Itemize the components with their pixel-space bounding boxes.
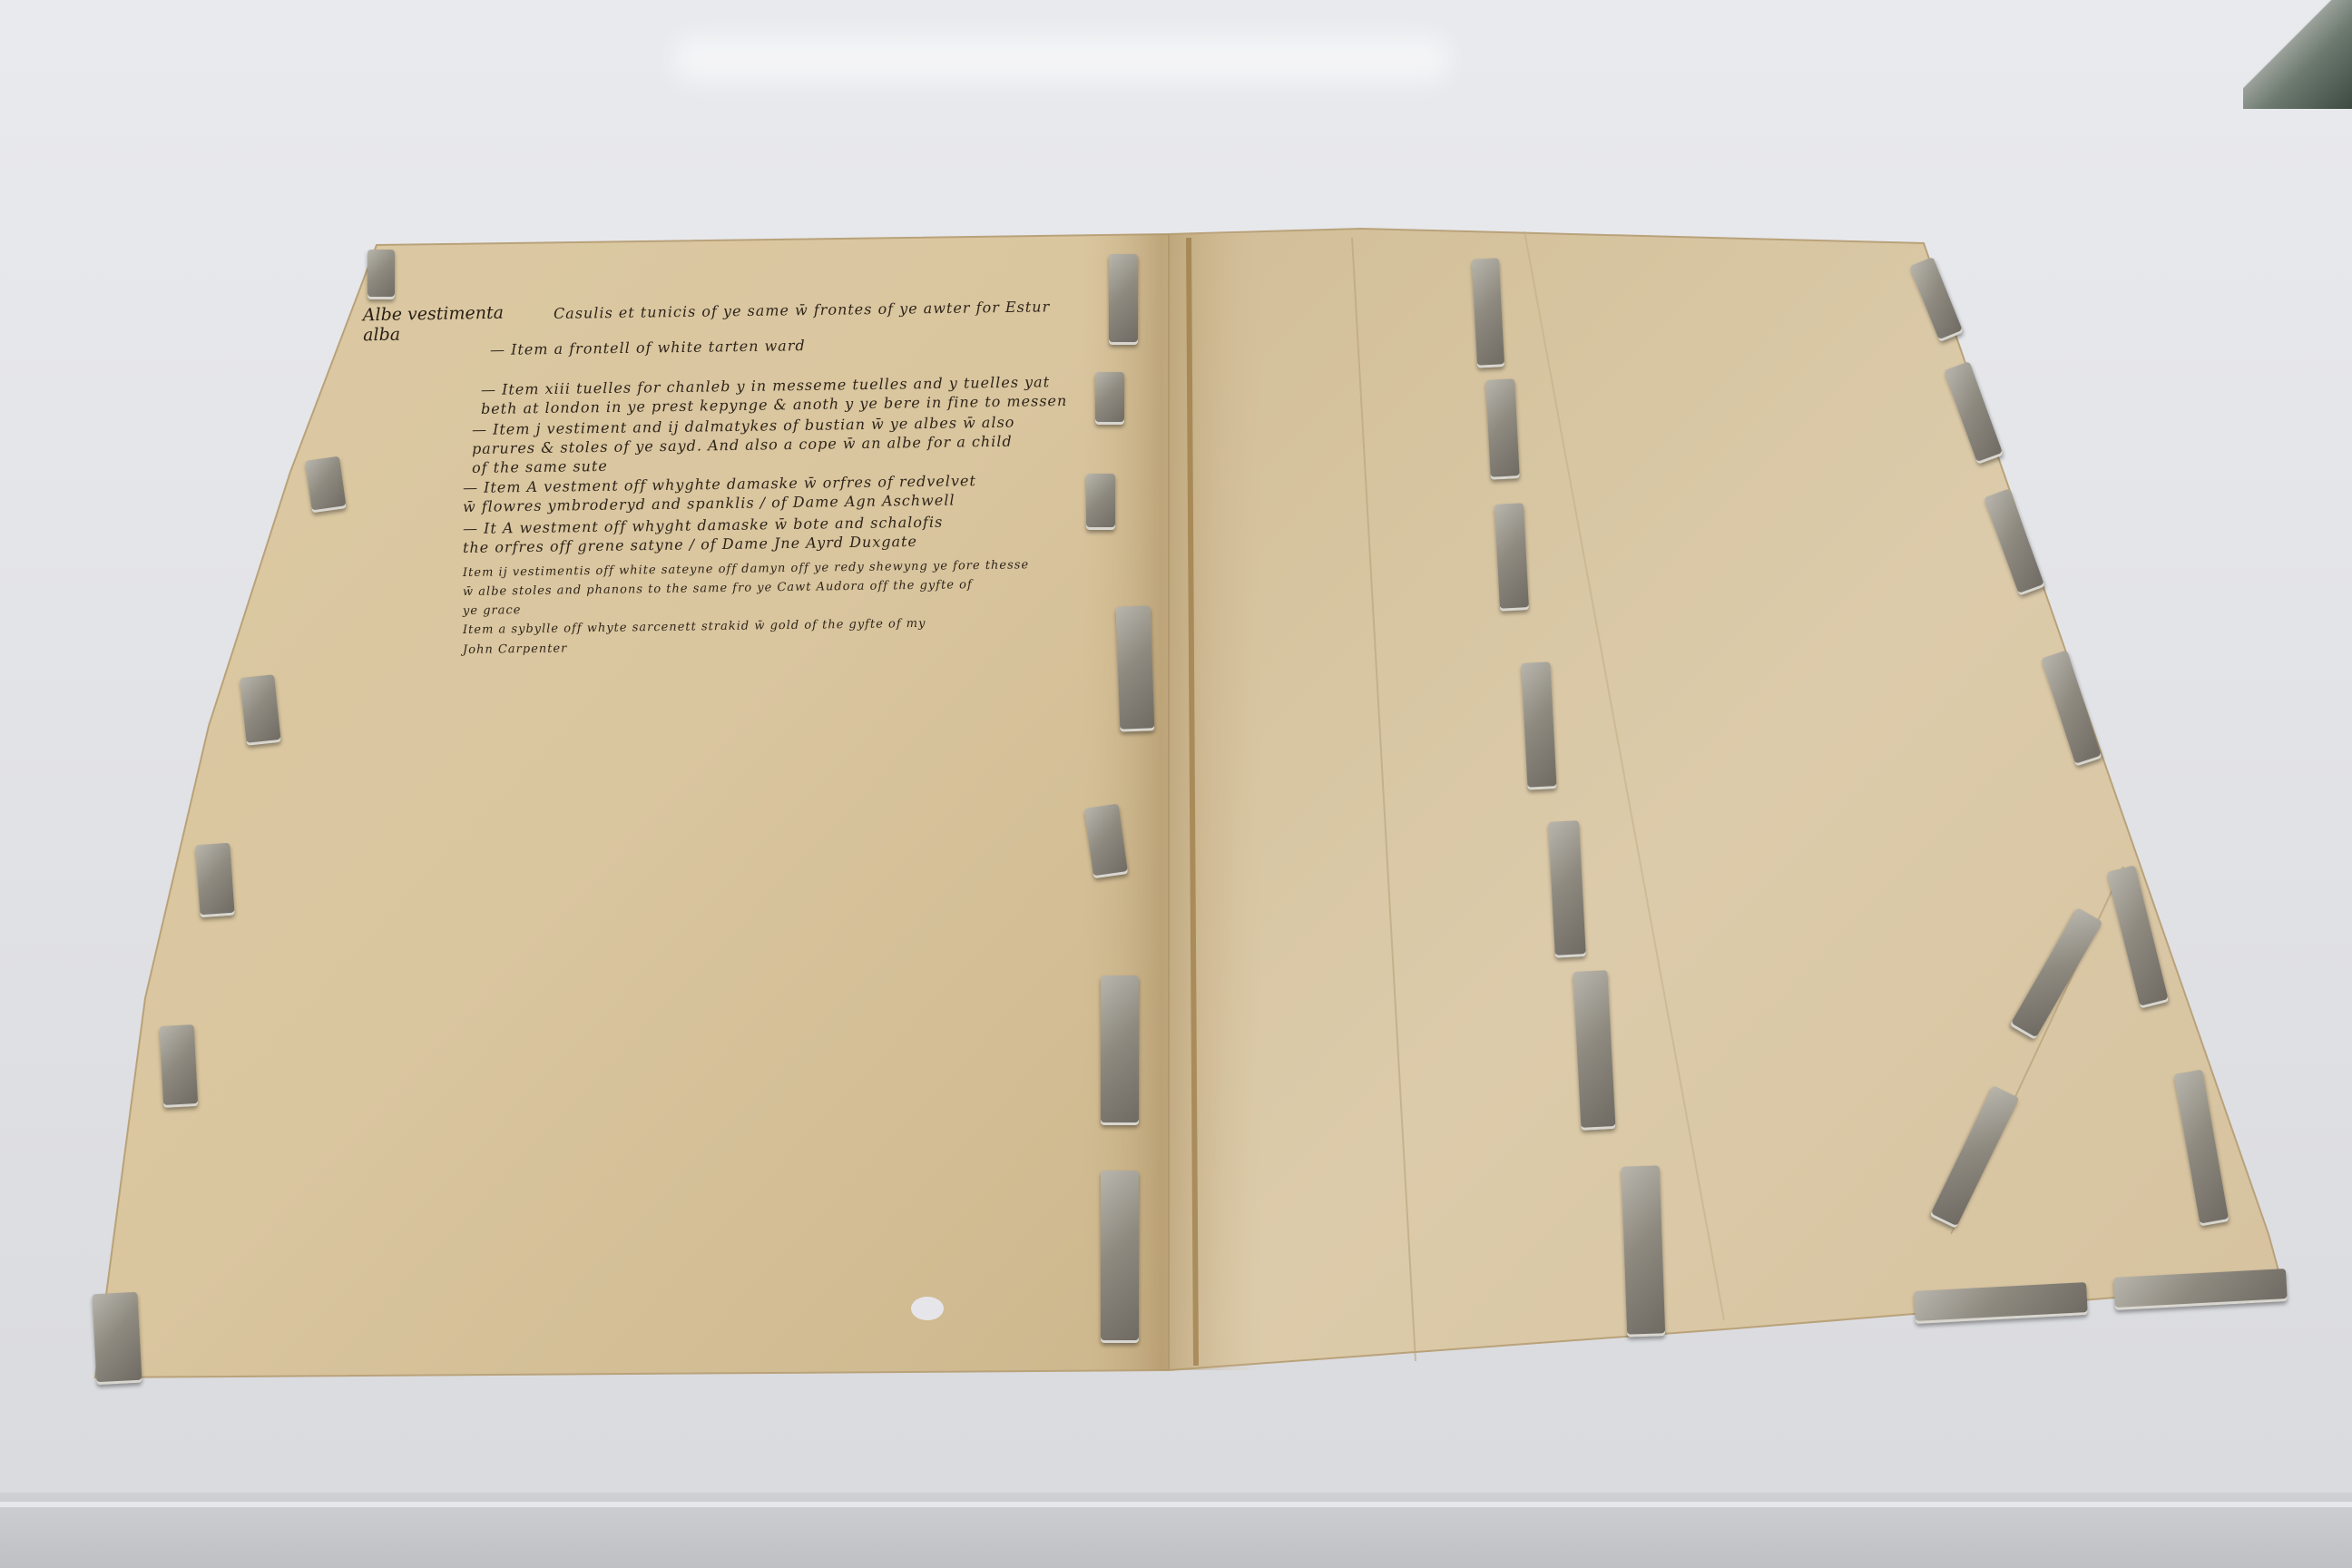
- magnet-strip: [240, 674, 281, 746]
- magnet-strip: [1622, 1165, 1666, 1337]
- magnet-strip: [1109, 254, 1138, 345]
- magnet-strip: [1095, 372, 1124, 425]
- text-line: of the same sute: [472, 459, 608, 475]
- margin-heading-line: alba: [363, 323, 505, 346]
- margin-heading: Albe vestimenta alba: [363, 303, 505, 346]
- magnet-strip: [1472, 258, 1504, 367]
- magnet-strip: [1086, 474, 1115, 530]
- magnet-strip: [1101, 975, 1139, 1125]
- magnet-strip: [1485, 378, 1520, 480]
- magnet-strip: [92, 1292, 142, 1385]
- magnet-strip: [1101, 1171, 1139, 1343]
- magnet-strip: [367, 250, 395, 299]
- magnet-strip: [305, 456, 347, 514]
- text-line: ye grace: [463, 604, 522, 617]
- magnet-strip: [195, 843, 234, 917]
- margin-heading-line: Albe vestimenta: [363, 303, 505, 326]
- manuscript-bifolium: [0, 0, 2352, 1568]
- table-edge-highlight: [0, 1502, 2352, 1507]
- magnet-strip: [1116, 605, 1155, 731]
- magnet-strip: [1494, 503, 1529, 612]
- magnet-strip: [160, 1024, 199, 1108]
- text-line: — Item a frontell of white tarten ward: [490, 338, 806, 358]
- text-line: John Carpenter: [463, 642, 568, 656]
- right-folio: [1169, 229, 2282, 1370]
